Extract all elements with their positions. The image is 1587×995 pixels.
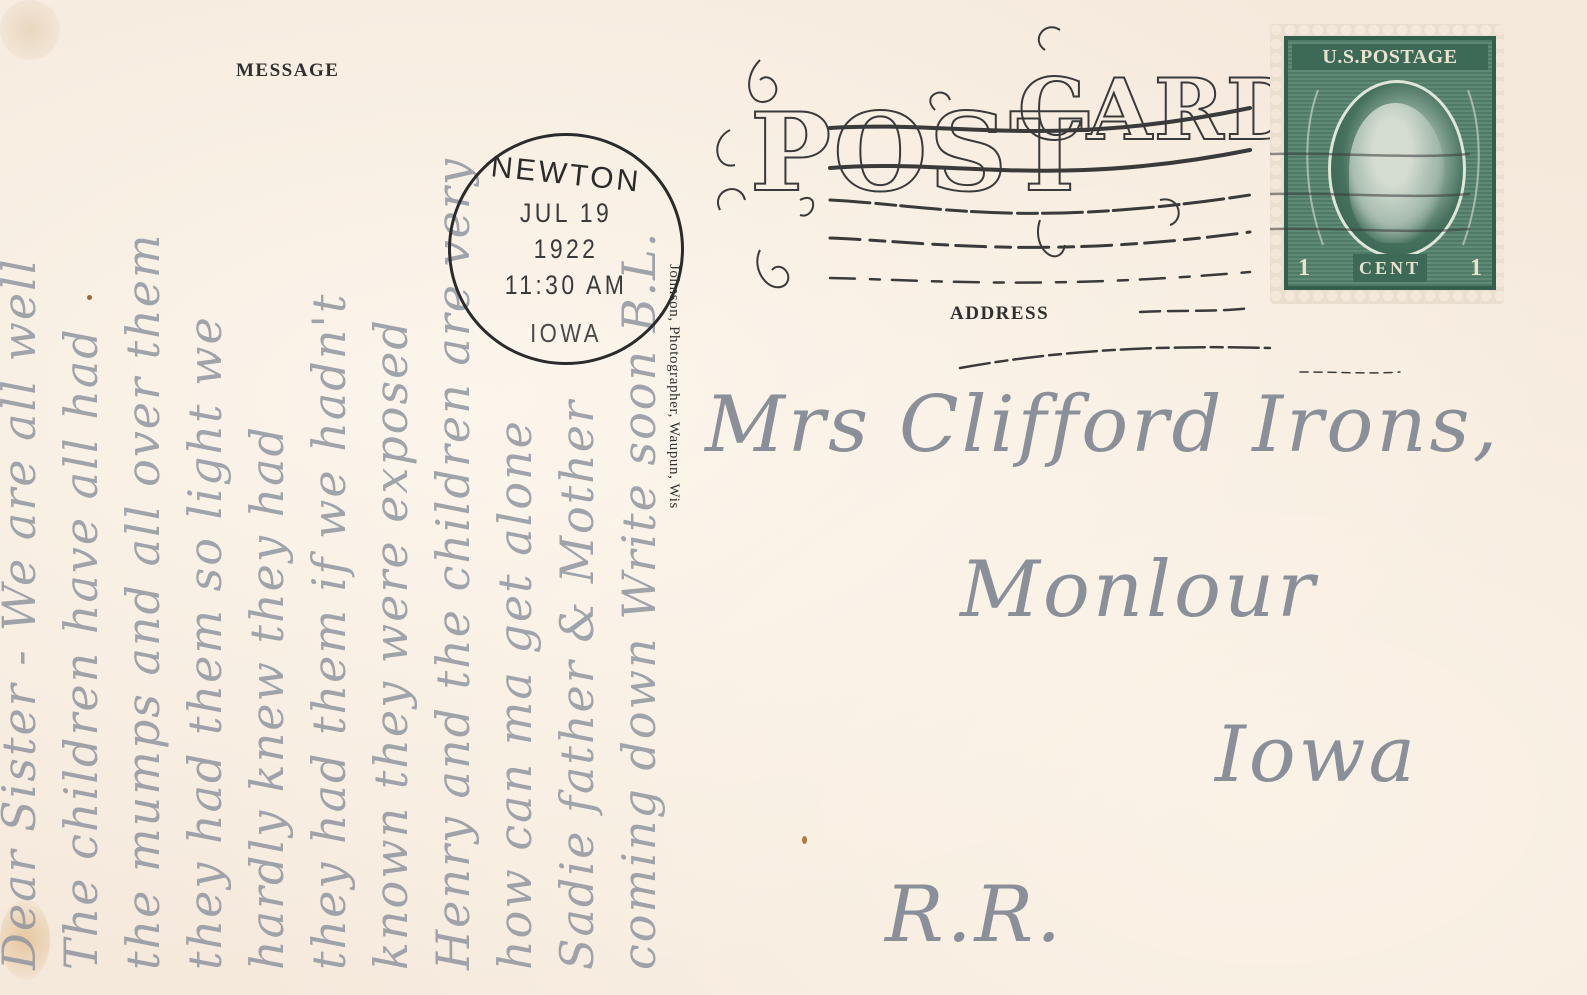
paper-spot — [802, 836, 807, 844]
message-line: they had them so light we — [178, 315, 232, 970]
postmark-date: JUL 19 — [468, 198, 664, 229]
address-line-name: Mrs Clifford Irons, — [705, 380, 1500, 470]
header-card-text: CARD — [1018, 60, 1301, 159]
address-label: ADDRESS — [950, 303, 1049, 325]
photographer-imprint: Johnson, Photographer, Waupun, Wis — [665, 264, 682, 509]
message-line: hardly knew they had — [240, 425, 294, 970]
postmark-time: 11:30 AM — [468, 270, 664, 301]
address-line-state: Iowa — [1215, 710, 1418, 800]
postmark-year: 1922 — [468, 234, 664, 265]
message-line: The children have all had — [54, 327, 108, 970]
postmark-state: IOWA — [468, 318, 664, 349]
stamp-cancel-lines — [1270, 24, 1504, 304]
message-line: Sadie father & Mother — [550, 399, 604, 970]
address-line-town: Monlour — [960, 545, 1318, 635]
message-line: known they were exposed — [364, 318, 418, 970]
message-line: Dear Sister - We are all well — [0, 257, 46, 970]
message-line: how can ma get alone — [488, 419, 542, 970]
postmark: NEWTON JUL 19 1922 11:30 AM IOWA — [448, 133, 684, 365]
message-line: the mumps and all over them — [116, 232, 170, 970]
address-line-route: R.R. — [885, 870, 1064, 960]
message-label: MESSAGE — [236, 60, 339, 82]
postage-stamp: U.S.POSTAGE 1 CENT 1 — [1270, 24, 1504, 304]
message-line: they had them if we hadn't — [302, 293, 356, 970]
postcard: Dear Sister - We are all well The childr… — [0, 0, 1587, 995]
postcard-header: POST CARD — [700, 20, 1270, 310]
